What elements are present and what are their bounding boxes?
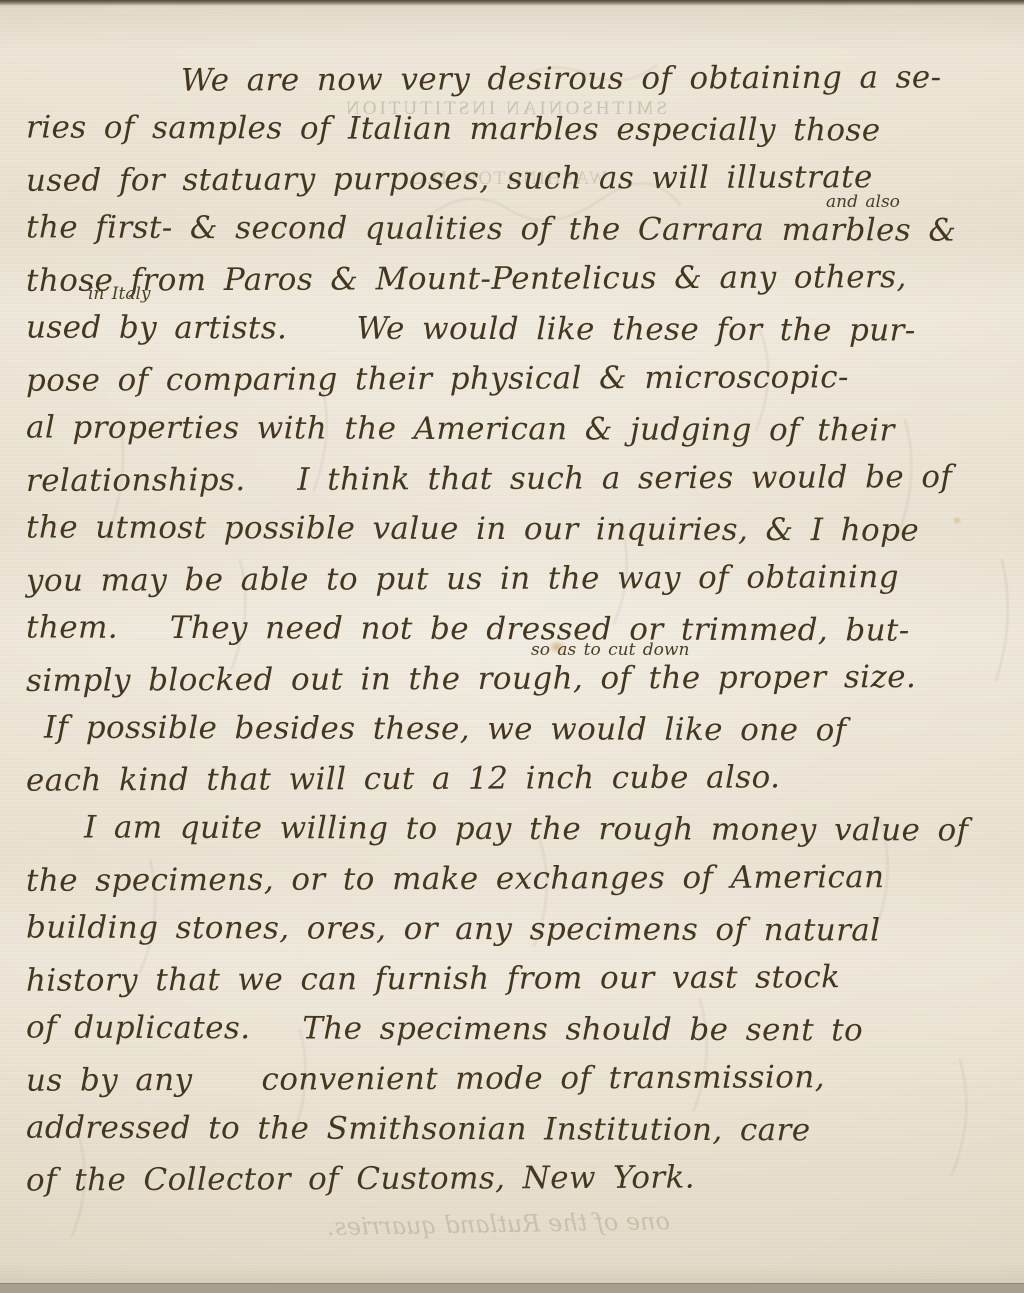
inline-insertion: so as to cut down — [531, 642, 689, 659]
letter-line-text: building stones, ores, or any specimens … — [26, 905, 881, 955]
letter-line: relationships. I think that such a serie… — [26, 456, 1012, 506]
letter-line: of duplicates. The specimens should be s… — [26, 1006, 1012, 1056]
letter-line: the utmost possible value in our inquiri… — [26, 506, 1012, 556]
letter-line-text: relationships. I think that such a serie… — [26, 454, 952, 505]
letter-line-text: al properties with the American & judgin… — [26, 404, 895, 454]
letter-line-text: simply blocked out in the rough, of the … — [26, 654, 916, 705]
letter-line-text: ries of samples of Italian marbles espec… — [26, 105, 881, 155]
letter-line: each kind that will cut a 12 inch cube a… — [26, 756, 1012, 806]
inline-insertion: and also — [826, 194, 900, 211]
letter-body: We are now very desirous of obtaining a … — [26, 56, 1012, 1206]
letter-line: building stones, ores, or any specimens … — [26, 906, 1012, 956]
letter-line: I am quite willing to pay the rough mone… — [26, 806, 1012, 856]
letter-line-text: the specimens, or to make exchanges of A… — [26, 854, 885, 905]
letter-line: of the Collector of Customs, New York. — [26, 1156, 1012, 1206]
letter-line-text: We are now very desirous of obtaining a … — [181, 54, 942, 104]
letter-line-text: used by artists. We would like these for… — [26, 304, 916, 354]
letter-line-text: of duplicates. The specimens should be s… — [26, 1005, 863, 1055]
letter-line-text: history that we can furnish from our vas… — [26, 954, 840, 1005]
letter-line: history that we can furnish from our vas… — [26, 956, 1012, 1006]
letter-line: used by artists. We would like these for… — [26, 306, 1012, 356]
letter-line: those from Paros & Mount-Pentelicus & an… — [26, 256, 1012, 306]
letter-line: us by any convenient mode of transmissio… — [26, 1056, 1012, 1106]
letter-line: the specimens, or to make exchanges of A… — [26, 856, 1012, 906]
letter-line-text: addressed to the Smithsonian Institution… — [26, 1105, 811, 1155]
inline-insertion: in Italy — [88, 286, 151, 303]
letter-line: ries of samples of Italian marbles espec… — [26, 106, 1012, 156]
letter-line-text: the first- & second qualities of the Car… — [26, 204, 957, 254]
letter-page: SMITHSONIAN INSTITUTION WASHINGTON, D.C.… — [0, 0, 1024, 1293]
letter-line-text: you may be able to put us in the way of … — [26, 554, 899, 605]
page-bottom-edge — [0, 1283, 1024, 1293]
letter-line-text: us by any convenient mode of transmissio… — [26, 1054, 825, 1104]
letter-line: al properties with the American & judgin… — [26, 406, 1012, 456]
page-top-edge — [0, 0, 1024, 6]
letter-line: the first- & second qualities of the Car… — [26, 206, 1012, 256]
letter-line-text: each kind that will cut a 12 inch cube a… — [26, 754, 781, 804]
letter-line-text: of the Collector of Customs, New York. — [26, 1155, 695, 1205]
letter-line: addressed to the Smithsonian Institution… — [26, 1106, 1012, 1156]
letter-line: If possible besides these, we would like… — [26, 706, 1012, 756]
letter-line: We are now very desirous of obtaining a … — [26, 56, 1012, 106]
page-bottom-shade — [0, 1263, 1024, 1285]
letter-line-text: If possible besides these, we would like… — [44, 705, 847, 755]
letter-line: them. They need not be dressed or trimme… — [26, 606, 1012, 656]
letter-line-text: used for statuary purposes, such as will… — [26, 154, 873, 205]
letter-line: pose of comparing their physical & micro… — [26, 356, 1012, 406]
letter-line-text: the utmost possible value in our inquiri… — [26, 504, 919, 554]
letter-line-text: I am quite willing to pay the rough mone… — [84, 804, 969, 854]
letter-line: simply blocked out in the rough, of the … — [26, 656, 1012, 706]
letter-line: you may be able to put us in the way of … — [26, 556, 1012, 606]
letter-line-text: pose of comparing their physical & micro… — [26, 354, 849, 405]
letter-line-text: those from Paros & Mount-Pentelicus & an… — [26, 254, 907, 305]
ghost-bottom-line: one of the Rutland quarries. — [110, 1207, 670, 1245]
letter-line-text: them. They need not be dressed or trimme… — [26, 604, 910, 654]
